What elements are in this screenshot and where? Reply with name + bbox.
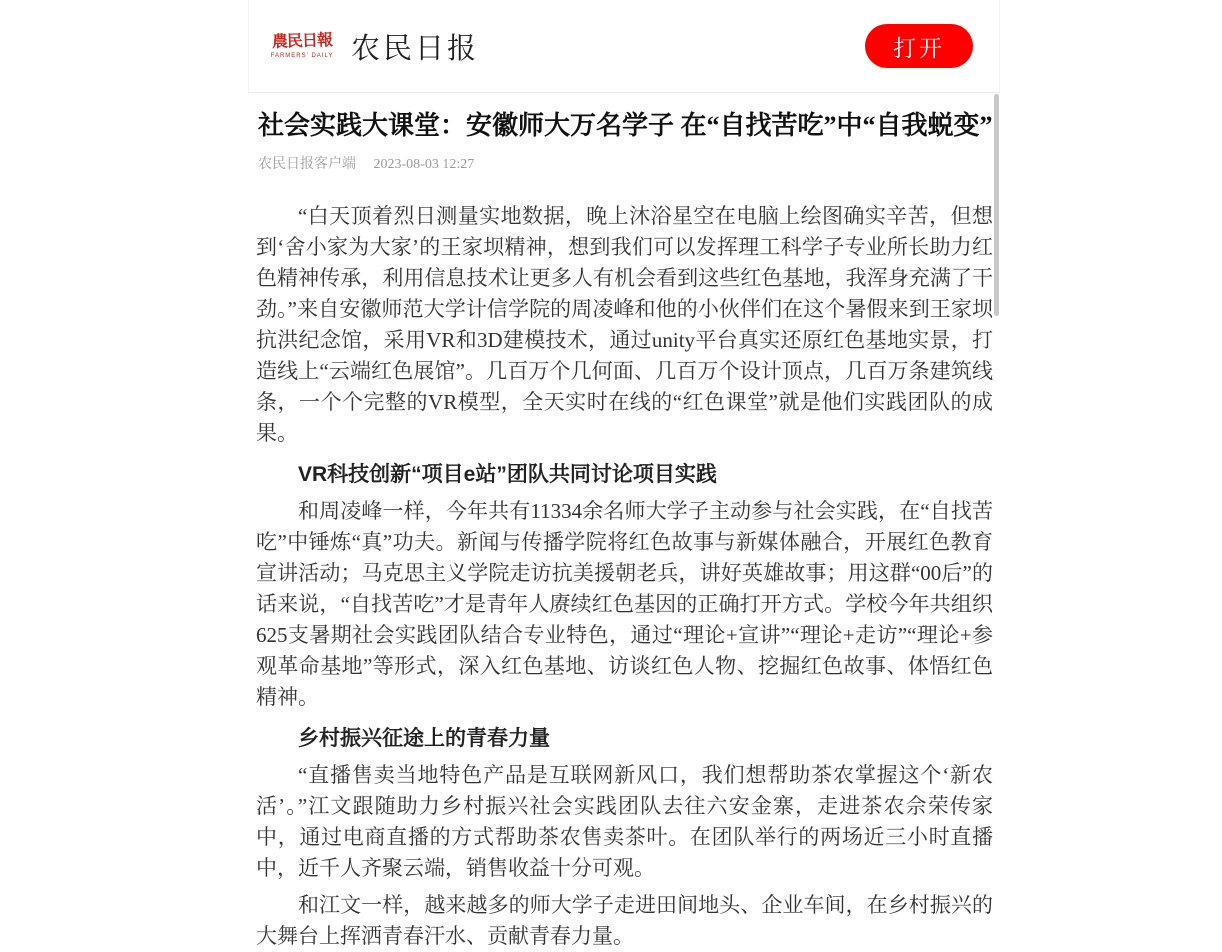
article-body: “白天顶着烈日测量实地数据，晚上沐浴星空在电脑上绘图确实辛苦，但想到‘舍小家为大… (256, 201, 993, 937)
paragraph-3: “直播售卖当地特色产品是互联网新风口，我们想帮助茶农掌握这个‘新农活’。”江文跟… (256, 760, 993, 884)
logo-caption-text: FARMERS' DAILY (269, 53, 335, 59)
paragraph-1: “白天顶着烈日测量实地数据，晚上沐浴星空在电脑上绘图确实辛苦，但想到‘舍小家为大… (256, 201, 993, 449)
vertical-scrollbar-thumb[interactable] (994, 94, 999, 316)
article-timestamp: 2023-08-03 12:27 (374, 157, 475, 172)
logo-script-text: 農民日報 (269, 32, 336, 50)
app-banner: 農民日報 FARMERS' DAILY 农民日报 打开 (248, 0, 1000, 93)
article-source: 农民日报客户端 (258, 157, 356, 172)
farmers-daily-logo: 農民日報 FARMERS' DAILY (269, 34, 335, 59)
article-meta: 农民日报客户端 2023-08-03 12:27 (258, 156, 993, 174)
paragraph-4-truncated: 和江文一样，越来越多的师大学子走进田间地头、企业车间，在乡村振兴的大舞台上挥洒青… (256, 890, 993, 937)
paragraph-2: 和周凌峰一样，今年共有11334余名师大学子主动参与社会实践，在“自找苦吃”中锤… (256, 496, 993, 713)
article-card: 農民日報 FARMERS' DAILY 农民日报 打开 社会实践大课堂：安徽师大… (248, 0, 1000, 937)
article-title: 社会实践大课堂：安徽师大万名学子 在“自找苦吃”中“自我蜕变” (258, 108, 993, 144)
article-content: 社会实践大课堂：安徽师大万名学子 在“自找苦吃”中“自我蜕变” 农民日报客户端 … (248, 93, 1000, 937)
subheading-rural-revitalization: 乡村振兴征途上的青春力量 (256, 723, 993, 754)
open-app-button[interactable]: 打开 (865, 24, 973, 68)
subheading-vr-team: VR科技创新“项目e站”团队共同讨论项目实践 (256, 459, 993, 490)
brand-name: 农民日报 (351, 26, 479, 67)
